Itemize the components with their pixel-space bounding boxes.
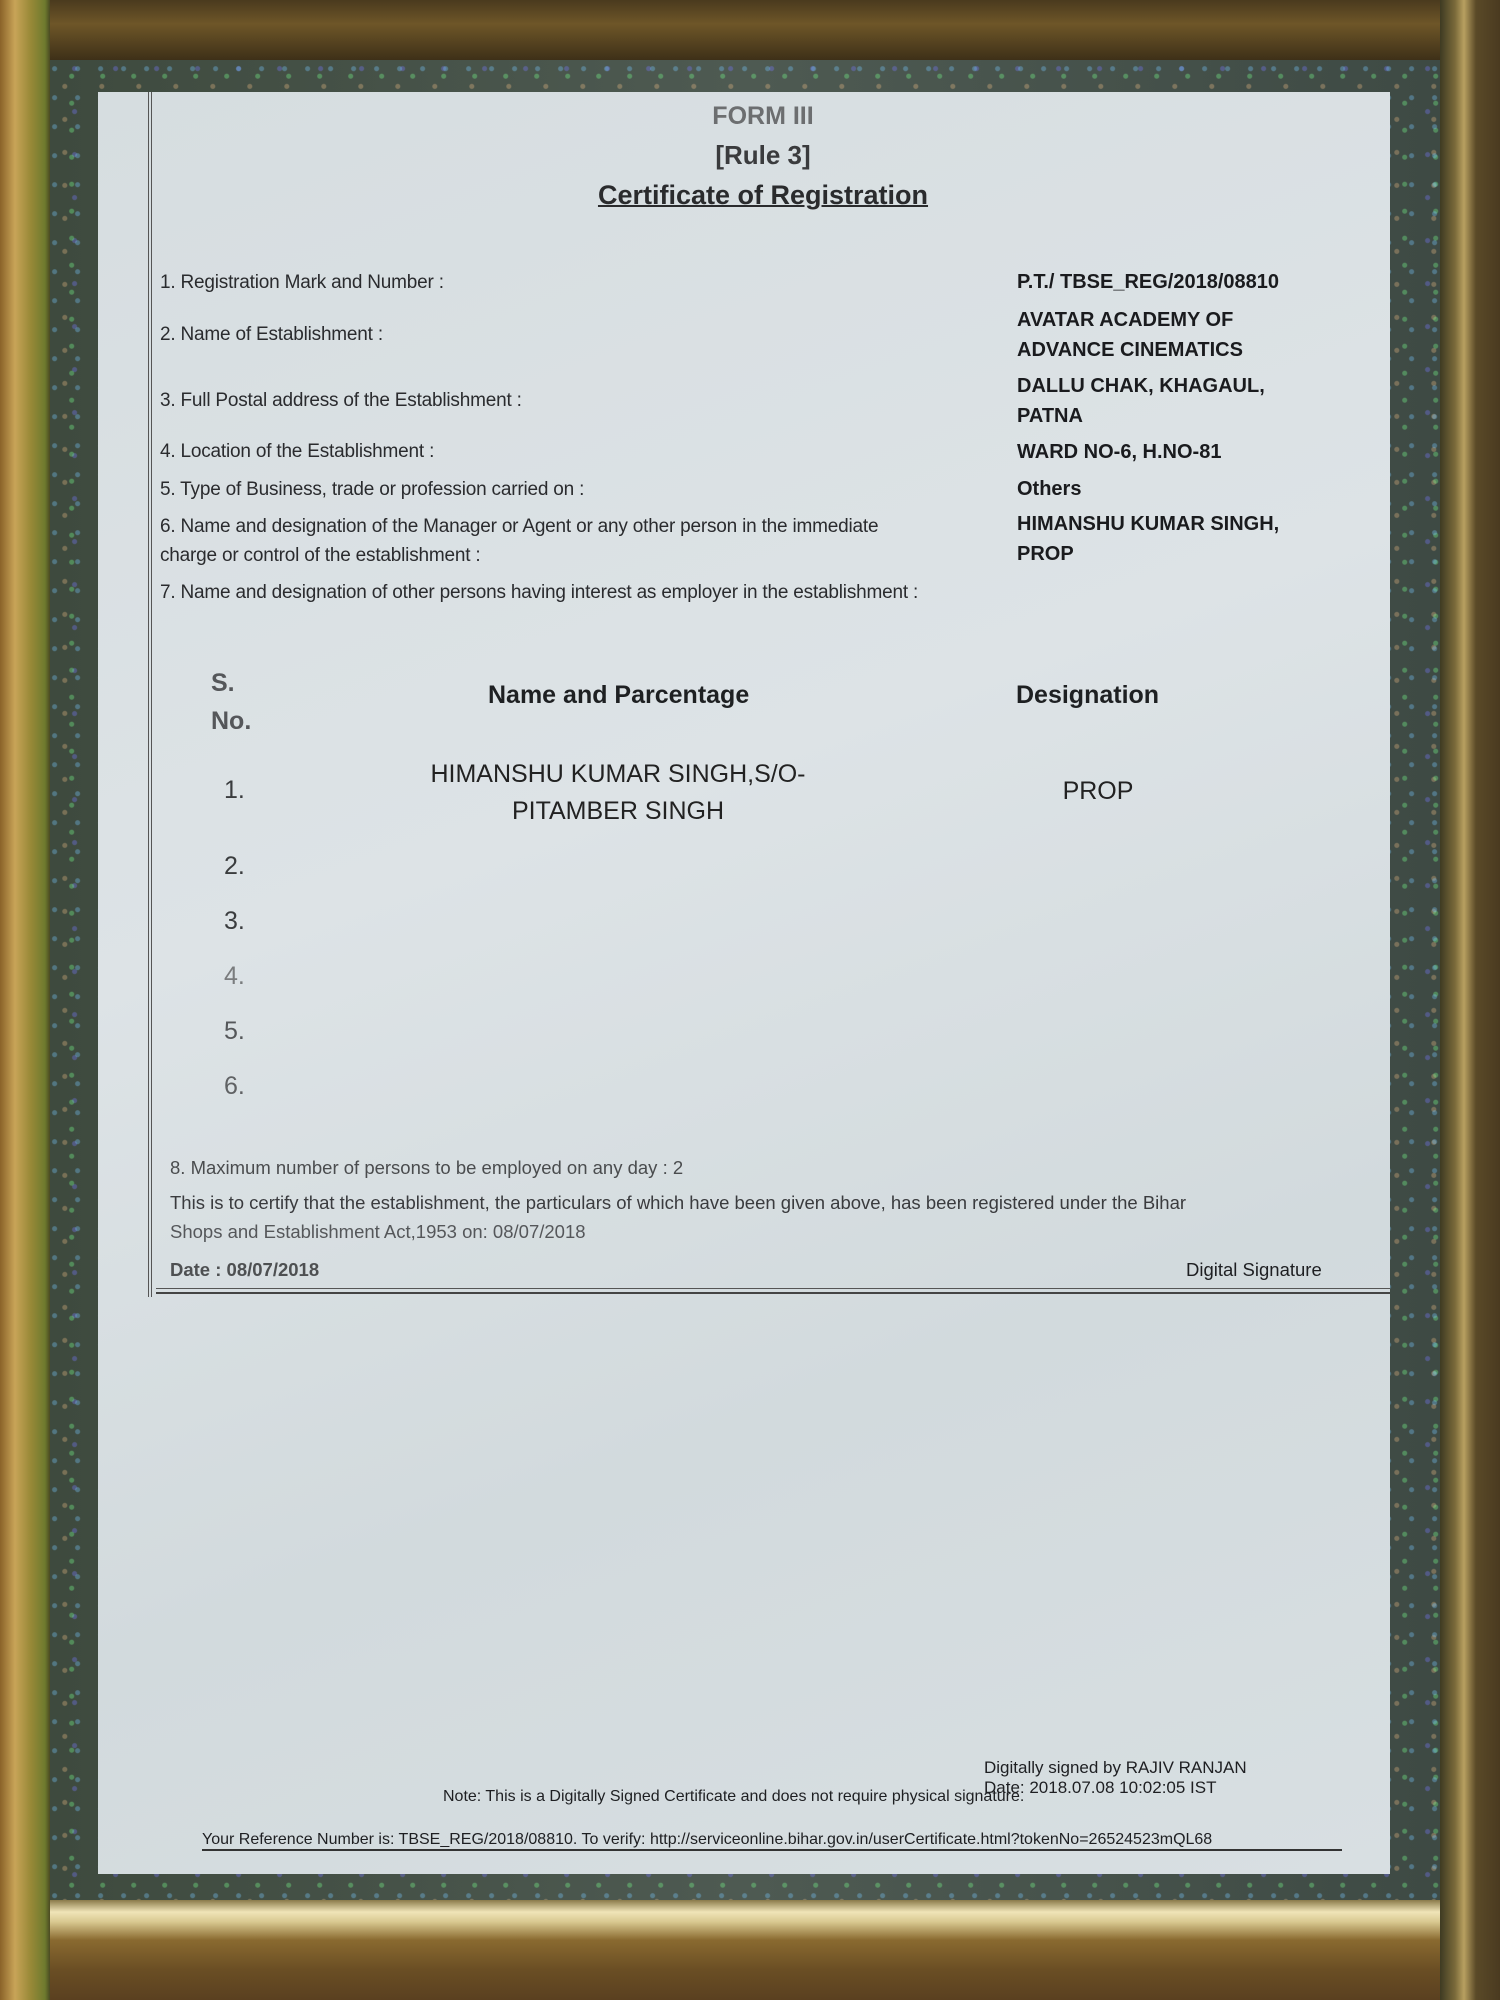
form-border-bottom xyxy=(156,1288,1390,1294)
table-row-sno: 1. xyxy=(224,776,245,805)
certify-text-line1: This is to certify that the establishmen… xyxy=(170,1192,1400,1214)
table-row-sno: 2. xyxy=(224,852,245,881)
digital-signature-label: Digital Signature xyxy=(1186,1259,1322,1281)
max-persons: 8. Maximum number of persons to be emplo… xyxy=(170,1157,683,1179)
field-label-registration: 1. Registration Mark and Number : xyxy=(160,272,444,294)
certify-text-line2: Shops and Establishment Act,1953 on: 08/… xyxy=(170,1221,586,1243)
table-row-name: HIMANSHU KUMAR SINGH,S/O-PITAMBER SINGH xyxy=(398,756,838,830)
table-row-sno: 3. xyxy=(224,907,245,936)
frame-right xyxy=(1440,0,1500,2000)
table-row-sno: 5. xyxy=(224,1017,245,1046)
table-header-designation: Designation xyxy=(1016,681,1159,710)
signed-by: Digitally signed by RAJIV RANJAN xyxy=(984,1758,1247,1778)
field-label-establishment-name: 2. Name of Establishment : xyxy=(160,324,383,346)
certificate-title: Certificate of Registration xyxy=(98,180,1428,211)
field-label-other-persons: 7. Name and designation of other persons… xyxy=(160,582,918,604)
field-value-business-type: Others xyxy=(1017,474,1337,504)
field-label-postal-address: 3. Full Postal address of the Establishm… xyxy=(160,390,522,412)
field-value-location: WARD NO-6, H.NO-81 xyxy=(1017,437,1337,467)
digital-signature-note: Note: This is a Digitally Signed Certifi… xyxy=(443,1788,1024,1806)
frame-top xyxy=(0,0,1500,60)
field-value-establishment-name: AVATAR ACADEMY OFADVANCE CINEMATICS xyxy=(1017,305,1337,365)
table-row-designation: PROP xyxy=(998,773,1198,810)
frame-bottom xyxy=(0,1900,1500,2000)
table-header-sno: S.No. xyxy=(211,664,251,740)
field-value-manager: HIMANSHU KUMAR SINGH,PROP xyxy=(1017,509,1337,569)
field-label-manager: 6. Name and designation of the Manager o… xyxy=(160,516,878,538)
table-header-name: Name and Parcentage xyxy=(488,681,749,710)
field-label-location: 4. Location of the Establishment : xyxy=(160,441,434,463)
rule-reference: [Rule 3] xyxy=(98,140,1428,171)
field-label-business-type: 5. Type of Business, trade or profession… xyxy=(160,479,584,501)
field-value-postal-address: DALLU CHAK, KHAGAUL,PATNA xyxy=(1017,371,1337,431)
field-value-registration: P.T./ TBSE_REG/2018/08810 xyxy=(1017,267,1337,297)
certificate-paper: FORM III [Rule 3] Certificate of Registr… xyxy=(98,92,1390,1874)
form-number: FORM III xyxy=(98,102,1428,131)
table-row-sno: 4. xyxy=(224,962,245,991)
certificate-date: Date : 08/07/2018 xyxy=(170,1259,319,1281)
reference-verify-link[interactable]: Your Reference Number is: TBSE_REG/2018/… xyxy=(202,1831,1342,1851)
table-row-sno: 6. xyxy=(224,1072,245,1101)
form-border-left xyxy=(148,92,152,1297)
field-label-manager-cont: charge or control of the establishment : xyxy=(160,545,480,567)
frame-left xyxy=(0,0,50,2000)
